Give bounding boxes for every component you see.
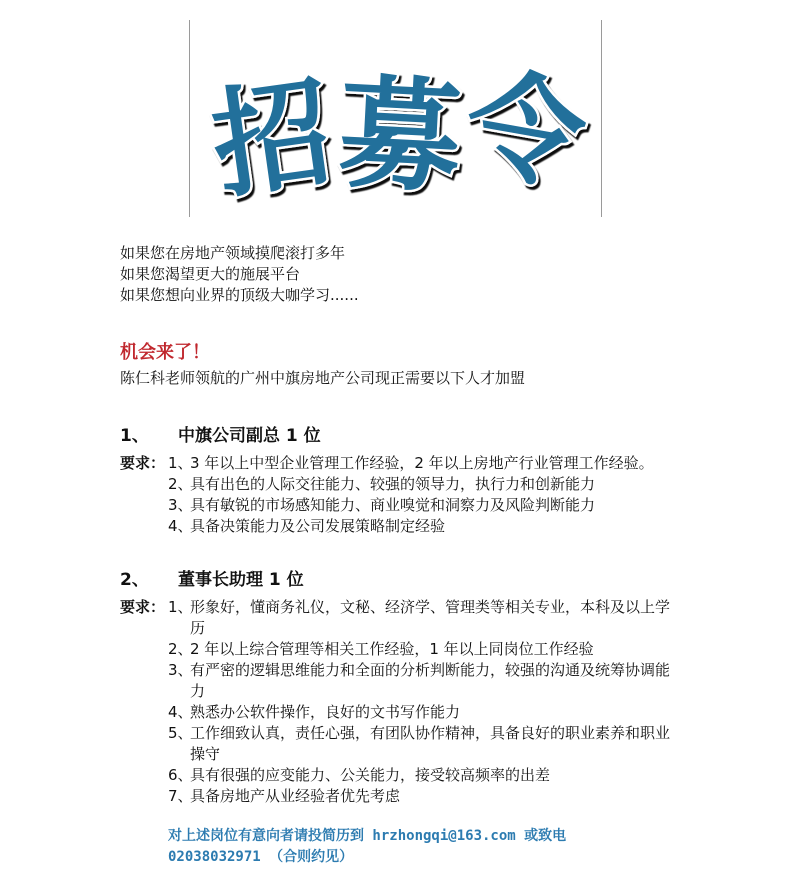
requirements-block: 要求： 1、3 年以上中型企业管理工作经验，2 年以上房地产行业管理工作经验。 …	[120, 453, 680, 537]
requirement-item: 3、有严密的逻辑思维能力和全面的分析判断能力，较强的沟通及统筹协调能力	[168, 660, 680, 702]
contact-line-phone: 02038032971 （合则约见）	[168, 847, 566, 868]
requirement-number: 6、	[168, 765, 190, 786]
requirement-item: 4、熟悉办公软件操作，良好的文书写作能力	[168, 702, 680, 723]
requirement-number: 1、	[168, 597, 190, 639]
requirement-number: 2、	[168, 474, 190, 495]
requirement-item: 2、具有出色的人际交往能力、较强的领导力，执行力和创新能力	[168, 474, 680, 495]
requirement-item: 3、具有敏锐的市场感知能力、商业嗅觉和洞察力及风险判断能力	[168, 495, 680, 516]
requirement-text: 2 年以上综合管理等相关工作经验，1 年以上同岗位工作经验	[190, 639, 680, 660]
requirement-number: 3、	[168, 660, 190, 702]
headline: 机会来了！	[120, 338, 210, 364]
recruitment-logo-icon: 招 募 令	[190, 20, 603, 217]
position-number: 1、	[120, 421, 178, 447]
intro-line: 如果您想向业界的顶级大咖学习......	[120, 285, 359, 306]
position-section: 1、 中旗公司副总 1 位 要求： 1、3 年以上中型企业管理工作经验，2 年以…	[120, 421, 680, 537]
contact-info: 对上述岗位有意向者请投简历到 hrzhongqi@163.com 或致电 020…	[168, 826, 566, 868]
requirement-text: 工作细致认真，责任心强，有团队协作精神，具备良好的职业素养和职业操守	[190, 723, 680, 765]
position-name: 董事长助理 1 位	[178, 565, 304, 591]
banner-char-3: 令	[455, 52, 595, 208]
requirements-label: 要求：	[120, 453, 165, 474]
banner-char-2: 募	[336, 62, 465, 210]
recruitment-banner: 招 募 令	[189, 20, 602, 217]
requirements-label: 要求：	[120, 597, 165, 618]
requirements-list: 1、形象好，懂商务礼仪，文秘、经济学、管理类等相关专业，本科及以上学历 2、2 …	[168, 597, 680, 807]
requirements-list: 1、3 年以上中型企业管理工作经验，2 年以上房地产行业管理工作经验。 2、具有…	[168, 453, 680, 537]
position-section: 2、 董事长助理 1 位 要求： 1、形象好，懂商务礼仪，文秘、经济学、管理类等…	[120, 565, 680, 807]
requirement-text: 形象好，懂商务礼仪，文秘、经济学、管理类等相关专业，本科及以上学历	[190, 597, 680, 639]
requirement-text: 具备房地产从业经验者优先考虑	[190, 786, 680, 807]
position-number: 2、	[120, 565, 178, 591]
requirement-number: 7、	[168, 786, 190, 807]
requirement-item: 5、工作细致认真，责任心强，有团队协作精神，具备良好的职业素养和职业操守	[168, 723, 680, 765]
position-title: 2、 董事长助理 1 位	[120, 565, 680, 591]
position-name: 中旗公司副总 1 位	[178, 421, 321, 447]
requirement-item: 6、具有很强的应变能力、公关能力，接受较高频率的出差	[168, 765, 680, 786]
requirement-text: 具有很强的应变能力、公关能力，接受较高频率的出差	[190, 765, 680, 786]
intro-text: 如果您在房地产领域摸爬滚打多年 如果您渴望更大的施展平台 如果您想向业界的顶级大…	[120, 243, 359, 306]
contact-line-email: 对上述岗位有意向者请投简历到 hrzhongqi@163.com 或致电	[168, 826, 566, 847]
intro-line: 如果您渴望更大的施展平台	[120, 264, 359, 285]
subtitle: 陈仁科老师领航的广州中旗房地产公司现正需要以下人才加盟	[120, 367, 525, 388]
requirement-item: 1、形象好，懂商务礼仪，文秘、经济学、管理类等相关专业，本科及以上学历	[168, 597, 680, 639]
requirement-text: 熟悉办公软件操作，良好的文书写作能力	[190, 702, 680, 723]
requirement-text: 具备决策能力及公司发展策略制定经验	[190, 516, 680, 537]
requirements-block: 要求： 1、形象好，懂商务礼仪，文秘、经济学、管理类等相关专业，本科及以上学历 …	[120, 597, 680, 807]
requirement-number: 2、	[168, 639, 190, 660]
intro-line: 如果您在房地产领域摸爬滚打多年	[120, 243, 359, 264]
requirement-number: 3、	[168, 495, 190, 516]
requirement-text: 具有敏锐的市场感知能力、商业嗅觉和洞察力及风险判断能力	[190, 495, 680, 516]
requirement-text: 具有出色的人际交往能力、较强的领导力，执行力和创新能力	[190, 474, 680, 495]
requirement-number: 4、	[168, 516, 190, 537]
banner-char-1: 招	[204, 62, 340, 215]
requirement-number: 4、	[168, 702, 190, 723]
requirement-text: 3 年以上中型企业管理工作经验，2 年以上房地产行业管理工作经验。	[190, 453, 680, 474]
position-title: 1、 中旗公司副总 1 位	[120, 421, 680, 447]
requirement-item: 2、2 年以上综合管理等相关工作经验，1 年以上同岗位工作经验	[168, 639, 680, 660]
requirement-number: 1、	[168, 453, 190, 474]
requirement-number: 5、	[168, 723, 190, 765]
requirement-item: 1、3 年以上中型企业管理工作经验，2 年以上房地产行业管理工作经验。	[168, 453, 680, 474]
requirement-item: 4、具备决策能力及公司发展策略制定经验	[168, 516, 680, 537]
requirement-item: 7、具备房地产从业经验者优先考虑	[168, 786, 680, 807]
requirement-text: 有严密的逻辑思维能力和全面的分析判断能力，较强的沟通及统筹协调能力	[190, 660, 680, 702]
